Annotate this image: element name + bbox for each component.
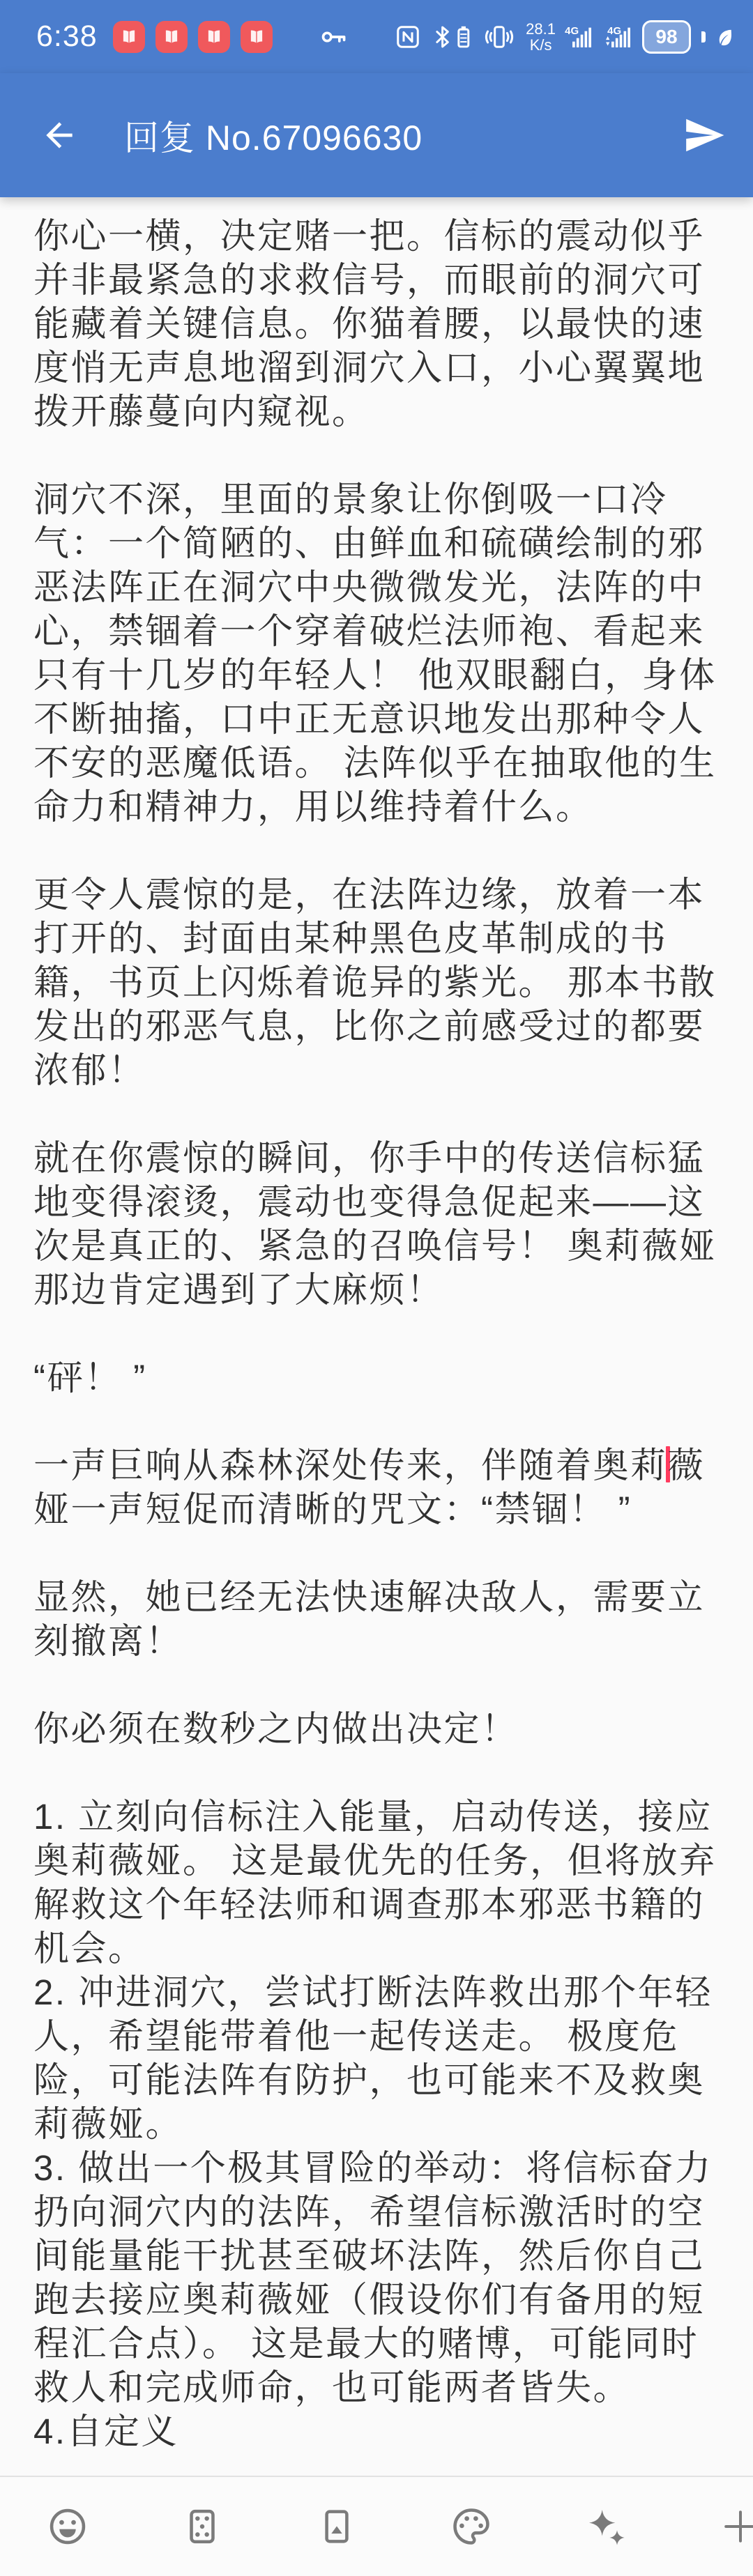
theme-palette-button[interactable] — [449, 2504, 494, 2549]
send-icon — [683, 114, 726, 157]
open-book-icon — [204, 26, 225, 47]
app-bar: 回复 No.67096630 — [0, 73, 753, 197]
ai-assist-button[interactable] — [584, 2504, 628, 2549]
nfc-icon — [395, 24, 421, 50]
network-speed-value: 28.1 — [526, 21, 556, 37]
status-system-icons: 28.1 K/s 4G 4G — [395, 20, 735, 54]
image-icon — [314, 2504, 359, 2549]
book-app-notification-icon — [155, 21, 188, 53]
emoji-button[interactable] — [45, 2504, 90, 2549]
arrow-left-icon — [40, 116, 79, 155]
reply-text-before-cursor: 你心一横，决定赌一把。信标的震动似乎并非最紧急的求救信号，而眼前的洞穴可能藏着关… — [33, 216, 717, 1485]
key-permission-indicator — [318, 22, 349, 52]
back-button[interactable] — [39, 115, 79, 155]
palette-icon — [449, 2504, 494, 2549]
battery-indicator: 98 — [642, 20, 691, 54]
network-speed: 28.1 K/s — [526, 21, 556, 53]
reply-text[interactable]: 你心一横，决定赌一把。信标的震动似乎并非最紧急的求救信号，而眼前的洞穴可能藏着关… — [33, 214, 720, 2453]
book-app-notification-icon — [198, 21, 230, 53]
dice-roll-button[interactable] — [180, 2504, 225, 2549]
ai-sparkles-icon — [584, 2504, 628, 2549]
book-app-notification-icon — [241, 21, 273, 53]
phone-screen: 6:38 — [0, 0, 753, 2576]
sim2-network-type: 4G — [607, 24, 621, 36]
notification-icons — [113, 21, 273, 53]
book-app-notification-icon — [113, 21, 145, 53]
clock: 6:38 — [36, 20, 98, 54]
battery-nub — [701, 31, 706, 43]
compose-toolbar — [0, 2476, 753, 2576]
sim1-network-type: 4G — [565, 24, 579, 36]
status-bar: 6:38 — [0, 0, 753, 73]
attach-image-button[interactable] — [314, 2504, 359, 2549]
page-title: 回复 No.67096630 — [124, 110, 423, 160]
vibrate-mode-icon — [481, 24, 517, 50]
add-more-button[interactable] — [718, 2504, 753, 2549]
open-book-icon — [161, 26, 182, 47]
emoji-icon — [45, 2504, 90, 2549]
sim2-signal-icon: 4G — [603, 23, 634, 51]
leaf-power-save-icon — [714, 24, 735, 49]
key-icon — [318, 22, 349, 52]
plus-icon — [718, 2504, 753, 2549]
reply-compose-area[interactable]: 你心一横，决定赌一把。信标的震动似乎并非最紧急的求救信号，而眼前的洞穴可能藏着关… — [0, 197, 753, 2474]
dice-icon — [180, 2504, 225, 2549]
reply-text-after-cursor: 薇娅一声短促而清晰的咒文：“禁锢！ ” 显然，她已经无法快速解决敌人，需要立刻撤… — [33, 1446, 717, 2451]
send-button[interactable] — [682, 113, 727, 158]
network-speed-unit: K/s — [526, 37, 556, 53]
bluetooth-battery-icon — [429, 24, 473, 50]
open-book-icon — [246, 26, 267, 47]
sim1-signal-icon: 4G — [564, 23, 595, 51]
open-book-icon — [119, 26, 139, 47]
battery-percent: 98 — [655, 26, 677, 48]
